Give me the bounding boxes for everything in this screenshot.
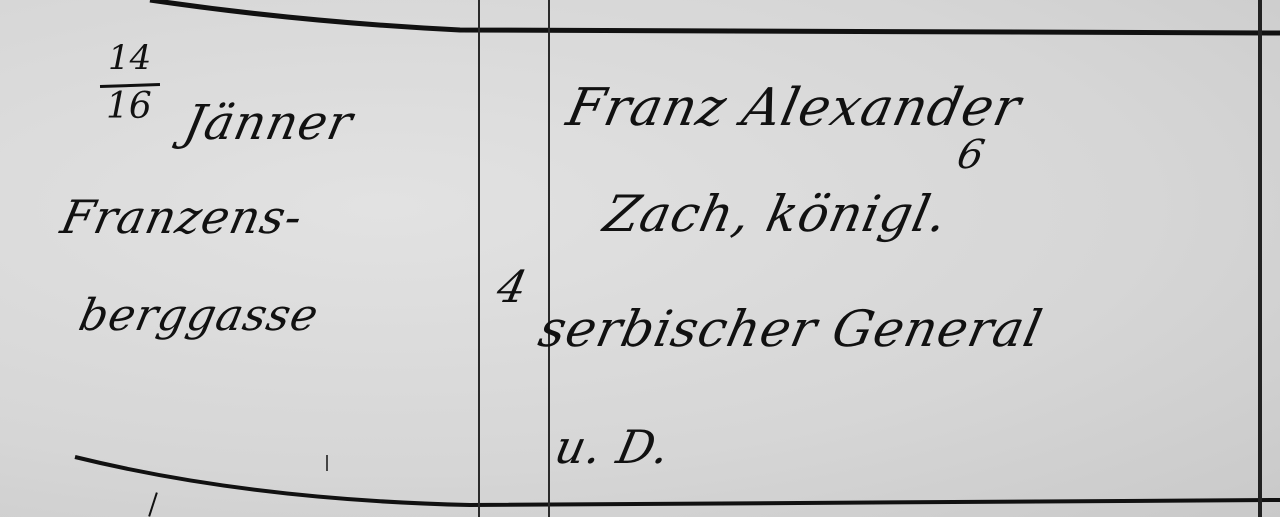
column-divider-right <box>1258 0 1262 517</box>
date-month: Jänner <box>179 95 358 151</box>
name-line-4: u. D. <box>550 420 675 474</box>
name-line-3: serbischer General <box>534 300 1048 358</box>
column-divider-1 <box>478 0 480 517</box>
name-line-1: Franz Alexander <box>562 78 1027 138</box>
address-line-1: Franzens- <box>56 190 308 244</box>
date-day-fraction: 14 16 <box>100 38 170 148</box>
address-line-2: berggasse <box>75 290 324 341</box>
register-page: 14 16 Jänner Franzens- berggasse 4 Franz… <box>0 0 1280 517</box>
date-day-numerator: 14 <box>108 38 151 78</box>
name-line-2: Zach, königl. <box>599 185 953 243</box>
date-day-denominator: 16 <box>106 86 152 127</box>
ink-mark <box>326 455 328 471</box>
column-divider-2 <box>548 0 550 517</box>
